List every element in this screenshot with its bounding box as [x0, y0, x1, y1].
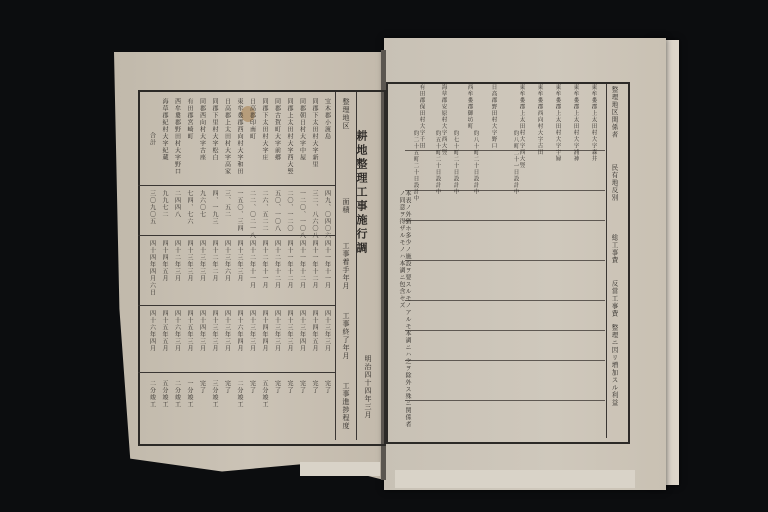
right-district: 日高郡野田村大字野口 — [490, 84, 496, 149]
table-row: 同郡古賀町大字前郷 五〇、一〇八 四十二年十二月 四十三年三月 完了 — [273, 92, 286, 440]
row-rule — [405, 360, 605, 361]
torn-edge — [300, 462, 380, 476]
table-row: 同郡下太田村大字庄 二六、五二二 四十二年十一月 四十四年四月 五分竣工 — [260, 92, 273, 440]
table-row: 宝木郡小渡島 四九、〇四〇六 四十一年十一月 四十三年三月 完了 — [323, 92, 336, 440]
header-start: 工事着手年月 — [342, 242, 349, 290]
header-progress: 工事進捗程度 — [342, 382, 349, 430]
right-district: 西牟婁郡御坊町 — [466, 84, 472, 130]
row-rule — [405, 330, 605, 331]
footnote: 本表ノ外猶ホ多少ノ施設ヲ要スルモノアルモ本調ニハ之ヲ除外ス殊ニ関係者ノ同意ヲ得ザ… — [388, 190, 410, 430]
table-row: 同郡朝日村大字中屋 一二〇、一〇八 四十一年十二月 四十三年四月 完了 — [298, 92, 311, 440]
table-row: 日高郡上太田村大字高家 三、五二 四十三年六月 四十三年三月 完了 — [223, 92, 236, 440]
table-row: 同郡西向村大字古座 九六〇七 四十三年三月 四十四年三月 完了 — [198, 92, 211, 440]
header-area: 面積 — [342, 198, 349, 214]
table-row: 同郡上太田村大字西大竪 二〇、一二〇 四十一年十二月 四十三年三月 完了 — [285, 92, 298, 440]
right-district: 東牟婁郡上太田村大字宇婦 — [554, 84, 560, 162]
status-note: 約二十五町二十日設計中 — [412, 130, 418, 202]
right-district: 東牟婁郡西向村大字古田 — [536, 84, 542, 156]
header-district: 整理地区 — [342, 98, 349, 130]
table-row: 同郡下里村大字松白 四、一九三 四十二年二月 四十三年三月 三分竣工 — [210, 92, 223, 440]
right-district: 東牟婁郡上太田村大字森井 — [590, 84, 596, 162]
table-row: 同郡下太田村大字新里 三二、八六〇八 四十一年十二月 四十四年五月 完了 — [310, 92, 323, 440]
status-note: 約八町二十一日設計中 — [512, 130, 518, 195]
header-private-land: 民有地反別 — [611, 164, 618, 202]
table-row-total: 合計 三〇九〇五 四十四年四月六日 四十六年四月 二分竣工 — [148, 92, 161, 440]
table-row: 海草郡紀村大字紀蔵 九九七二 四十四年五月 四十五年五月 五分竣工 — [160, 92, 173, 440]
header-district-relations: 整理地区関係者 — [611, 86, 618, 139]
header-end: 工事終了年月 — [342, 312, 349, 360]
right-district: 東牟婁郡上太田村大字浦神 — [572, 84, 578, 162]
right-table-header-column: 整理地区関係者 民有地反別 総工事費 反當工事費 整理ニ因リ増加スル利益 — [606, 84, 627, 438]
status-note: 約七十町二十日設計中 — [452, 130, 458, 195]
document-title: 耕地整理工事施行調 — [356, 130, 367, 256]
status-note: 約八十町二十日設計中 — [472, 130, 478, 195]
document-date: 明治四十四年三月 — [364, 355, 371, 419]
row-rule — [405, 220, 605, 221]
status-note: 約五十町二十日設計中 — [434, 130, 440, 195]
table-row: 東牟婁郡西向村大字和田 一五〇、三四 四十三年三月 四十六年四月 二分竣工 — [235, 92, 248, 440]
header-per-tan-cost: 反當工事費 — [611, 280, 618, 318]
torn-edge — [395, 470, 635, 488]
row-rule — [405, 400, 605, 401]
row-rule — [405, 260, 605, 261]
table-row: 西牟婁郡野田村大字野口 二四四八 四十二年三月 四十六年三月 二分竣工 — [173, 92, 186, 440]
row-rule — [405, 300, 605, 301]
header-total-cost: 総工事費 — [611, 234, 618, 264]
header-benefit: 整理ニ因リ増加スル利益 — [611, 324, 618, 407]
left-table-header-column: 整理地区 面積 工事着手年月 工事終了年月 工事進捗程度 — [335, 92, 357, 440]
table-row: 有田郡宮崎町 七四、七六 四十三年三月 四十五年三月 一分竣工 — [185, 92, 198, 440]
table-row: 日高郡印南町 二二、〇二一八 四十二年十一月 四十三年三月 完了 — [248, 92, 261, 440]
left-table-entries: 宝木郡小渡島 四九、〇四〇六 四十一年十一月 四十三年三月 完了 同郡下太田村大… — [140, 92, 335, 440]
